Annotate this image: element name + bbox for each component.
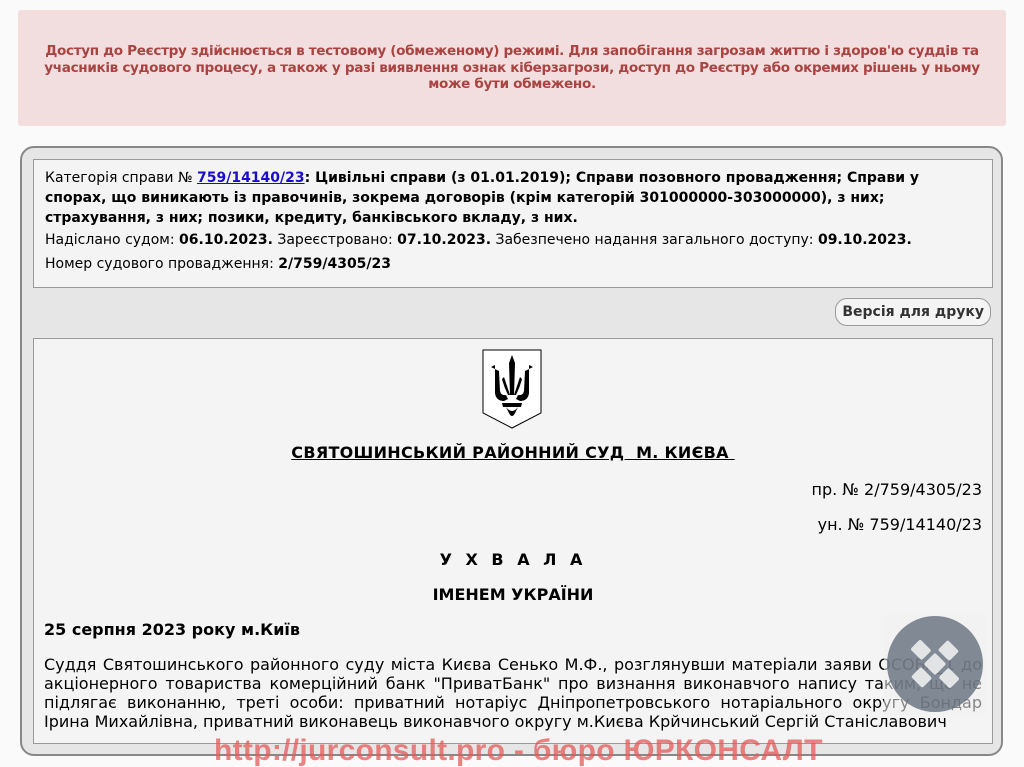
decision-date-place: 25 серпня 2023 року м.Київ — [44, 620, 300, 639]
puzzle-accessibility-icon — [887, 616, 983, 712]
accessibility-widget-button[interactable] — [884, 615, 986, 715]
document-subtitle: ІМЕНЕМ УКРАЇНИ — [34, 585, 992, 604]
watermark-text: http://jurconsult.pro - бюро ЮРКОНСАЛТ — [214, 733, 823, 767]
decision-document: СВЯТОШИНСЬКИЙ РАЙОННИЙ СУД М. КИЄВА пр. … — [33, 338, 993, 744]
proceeding-reference: пр. № 2/759/4305/23 — [812, 480, 982, 499]
category-label: Категорія справи № — [45, 170, 197, 186]
access-notice-text: Доступ до Реєстру здійснюється в тестово… — [34, 43, 990, 93]
case-dates: Надіслано судом: 06.10.2023. Зареєстрова… — [45, 230, 981, 250]
case-category: Категорія справи № 759/14140/23: Цивільн… — [45, 168, 981, 228]
print-version-button[interactable]: Версія для друку — [835, 298, 991, 326]
document-title: У Х В А Л А — [34, 550, 992, 569]
decision-body-text: Суддя Святошинського районного суду міст… — [44, 655, 982, 731]
ukraine-coat-of-arms-icon — [482, 349, 542, 429]
proceeding-number: 2/759/4305/23 — [278, 256, 391, 272]
case-info-panel: Категорія справи № 759/14140/23: Цивільн… — [33, 159, 993, 288]
proceeding-number-row: Номер судового провадження: 2/759/4305/2… — [45, 254, 981, 274]
case-number-link[interactable]: 759/14140/23 — [197, 170, 305, 186]
access-label: Забезпечено надання загального доступу: — [491, 232, 818, 248]
proceeding-label: Номер судового провадження: — [45, 256, 278, 272]
registered-label: Зареєстровано: — [273, 232, 397, 248]
unique-reference: ун. № 759/14140/23 — [818, 515, 982, 534]
access-date: 09.10.2023. — [818, 232, 912, 248]
court-name: СВЯТОШИНСЬКИЙ РАЙОННИЙ СУД М. КИЄВА — [34, 443, 992, 462]
decision-container: Категорія справи № 759/14140/23: Цивільн… — [20, 146, 1003, 756]
sent-date: 06.10.2023. — [179, 232, 273, 248]
access-notice-banner: Доступ до Реєстру здійснюється в тестово… — [18, 10, 1006, 126]
registered-date: 07.10.2023. — [397, 232, 491, 248]
sent-label: Надіслано судом: — [45, 232, 179, 248]
